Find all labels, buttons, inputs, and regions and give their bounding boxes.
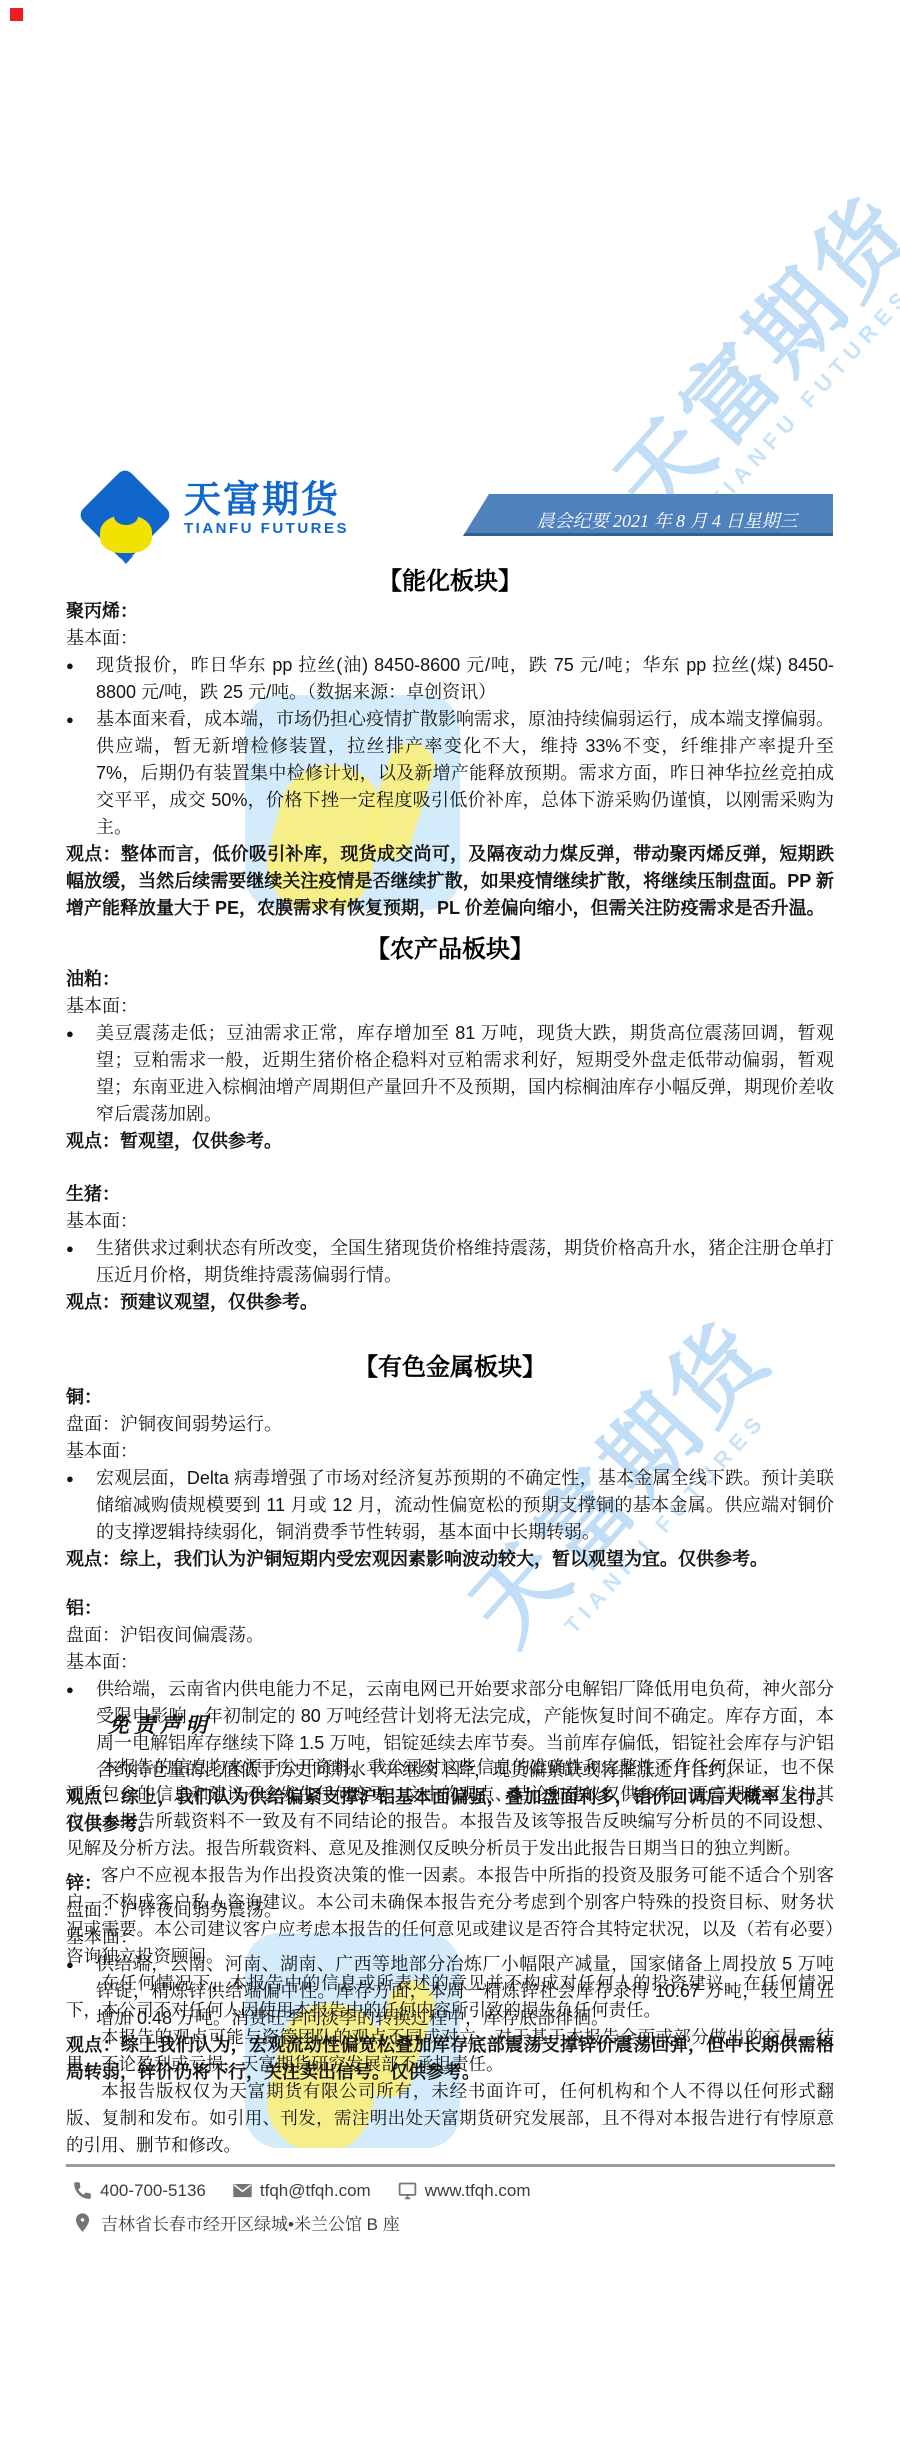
section-title-energy: 【能化板块】 xyxy=(66,566,834,598)
location-pin-icon xyxy=(72,2212,93,2233)
footer-phone: 400-700-5136 xyxy=(72,2180,206,2201)
oilmeal-bullet-1: 美豆震荡走低；豆油需求正常，库存增加至 81 万吨，现货大跌，期货高位震荡回调，… xyxy=(96,1020,834,1128)
date-banner: 晨会纪要 2021 年 8 月 4 日星期三 xyxy=(463,494,833,536)
section-title-agriculture: 【农产品板块】 xyxy=(66,934,834,966)
bullet-icon: ● xyxy=(66,1235,96,1289)
disclaimer-title: 免责声明 xyxy=(108,1712,834,1739)
fundamental-label: 基本面： xyxy=(66,625,834,652)
list-item: ● 现货报价，昨日华东 pp 拉丝(油) 8450-8600 元/吨，跌 75 … xyxy=(66,652,834,706)
tianfu-logo-icon xyxy=(76,468,176,568)
fundamental-label: 基本面： xyxy=(66,1438,834,1465)
hogs-viewpoint: 观点：预建议观望，仅供参考。 xyxy=(66,1289,834,1316)
footer-website[interactable]: www.tfqh.com xyxy=(397,2180,531,2201)
report-header: 天富期货 TIANFU FUTURES 晨会纪要 2021 年 8 月 4 日星… xyxy=(0,430,900,566)
pp-viewpoint: 观点：整体而言，低价吸引补库，现货成交尚可，及隔夜动力煤反弹，带动聚丙烯反弹，短… xyxy=(66,841,834,922)
commodity-name-copper: 铜： xyxy=(66,1384,834,1411)
hogs-bullet-1: 生猪供求过剩状态有所改变，全国生猪现货价格维持震荡，期货价格高升水，猪企注册仓单… xyxy=(96,1235,834,1289)
list-item: ● 生猪供求过剩状态有所改变，全国生猪现货价格维持震荡，期货价格高升水，猪企注册… xyxy=(66,1235,834,1289)
copper-board: 盘面：沪铜夜间弱势运行。 xyxy=(66,1411,834,1438)
list-item: ● 美豆震荡走低；豆油需求正常，库存增加至 81 万吨，现货大跌，期货高位震荡回… xyxy=(66,1020,834,1128)
section-title-metals: 【有色金属板块】 xyxy=(66,1352,834,1384)
bullet-icon: ● xyxy=(66,706,96,841)
footer-divider xyxy=(66,2164,835,2167)
bullet-icon: ● xyxy=(66,1020,96,1128)
footer-address-text: 吉林省长春市经开区绿城•米兰公馆 B 座 xyxy=(101,2210,400,2235)
fundamental-label: 基本面： xyxy=(66,1649,834,1676)
disclaimer-paragraph: 客户不应视本报告为作出投资决策的惟一因素。本报告中所指的投资及服务可能不适合个别… xyxy=(66,1862,834,1970)
list-item: ● 基本面来看，成本端，市场仍担心疫情扩散影响需求，原油持续偏弱运行，成本端支撑… xyxy=(66,706,834,841)
footer-contacts: 400-700-5136 tfqh@tfqh.com www.tfqh.com xyxy=(72,2180,531,2201)
footer-website-text[interactable]: www.tfqh.com xyxy=(425,2181,531,2201)
logo-name-en: TIANFU FUTURES xyxy=(184,520,349,538)
red-square-marker xyxy=(10,8,23,21)
phone-icon xyxy=(72,2180,93,2201)
footer-address-row: 吉林省长春市经开区绿城•米兰公馆 B 座 xyxy=(72,2210,400,2235)
disclaimer-paragraph: 在任何情况下，本报告中的信息或所表述的意见并不构成对任何人的投资建议。在任何情况… xyxy=(66,1970,834,2024)
footer-email-text[interactable]: tfqh@tfqh.com xyxy=(260,2181,371,2201)
pp-bullet-1: 现货报价，昨日华东 pp 拉丝(油) 8450-8600 元/吨，跌 75 元/… xyxy=(96,652,834,706)
footer-email[interactable]: tfqh@tfqh.com xyxy=(232,2180,371,2201)
disclaimer-section: 免责声明 本报告的信息均来源于公开资料，我公司对这些信息的准确性和完整性不作任何… xyxy=(66,1712,834,2159)
fundamental-label: 基本面： xyxy=(66,1208,834,1235)
copper-viewpoint: 观点：综上，我们认为沪铜短期内受宏观因素影响波动较大，暂以观望为宜。仅供参考。 xyxy=(66,1546,834,1573)
commodity-name-oilmeal: 油粕： xyxy=(66,966,834,993)
commodity-name-pp: 聚丙烯： xyxy=(66,598,834,625)
envelope-icon xyxy=(232,2180,253,2201)
fundamental-label: 基本面： xyxy=(66,993,834,1020)
bullet-icon: ● xyxy=(66,1465,96,1546)
morning-report-page: 天富期货 TIANFU FUTURES 天富期货 TIANFU FUTURES … xyxy=(0,0,900,2462)
commodity-name-aluminum: 铝： xyxy=(66,1595,834,1622)
tianfu-logo: 天富期货 TIANFU FUTURES xyxy=(184,480,349,538)
list-item: ● 宏观层面，Delta 病毒增强了市场对经济复苏预期的不确定性，基本金属全线下… xyxy=(66,1465,834,1546)
logo-name-cn: 天富期货 xyxy=(184,480,349,520)
aluminum-board: 盘面：沪铝夜间偏震荡。 xyxy=(66,1622,834,1649)
monitor-icon xyxy=(397,2180,418,2201)
disclaimer-paragraph: 本报告的观点可能与资管团队的观点不同或对立，对于基于本报告全面或部分做出的交易、… xyxy=(66,2024,834,2078)
copper-bullet-1: 宏观层面，Delta 病毒增强了市场对经济复苏预期的不确定性，基本金属全线下跌。… xyxy=(96,1465,834,1546)
footer-phone-number: 400-700-5136 xyxy=(100,2181,206,2201)
bullet-icon: ● xyxy=(66,652,96,706)
banner-title-date: 晨会纪要 2021 年 8 月 4 日星期三 xyxy=(463,494,833,533)
disclaimer-paragraph: 本报告版权仅为天富期货有限公司所有，未经书面许可，任何机构和个人不得以任何形式翻… xyxy=(66,2078,834,2159)
commodity-name-hogs: 生猪： xyxy=(66,1181,834,1208)
oilmeal-viewpoint: 观点：暂观望，仅供参考。 xyxy=(66,1128,834,1155)
disclaimer-paragraph: 本报告的信息均来源于公开资料，我公司对这些信息的准确性和完整性不作任何保证，也不… xyxy=(66,1754,834,1862)
pp-bullet-2: 基本面来看，成本端，市场仍担心疫情扩散影响需求，原油持续偏弱运行，成本端支撑偏弱… xyxy=(96,706,834,841)
